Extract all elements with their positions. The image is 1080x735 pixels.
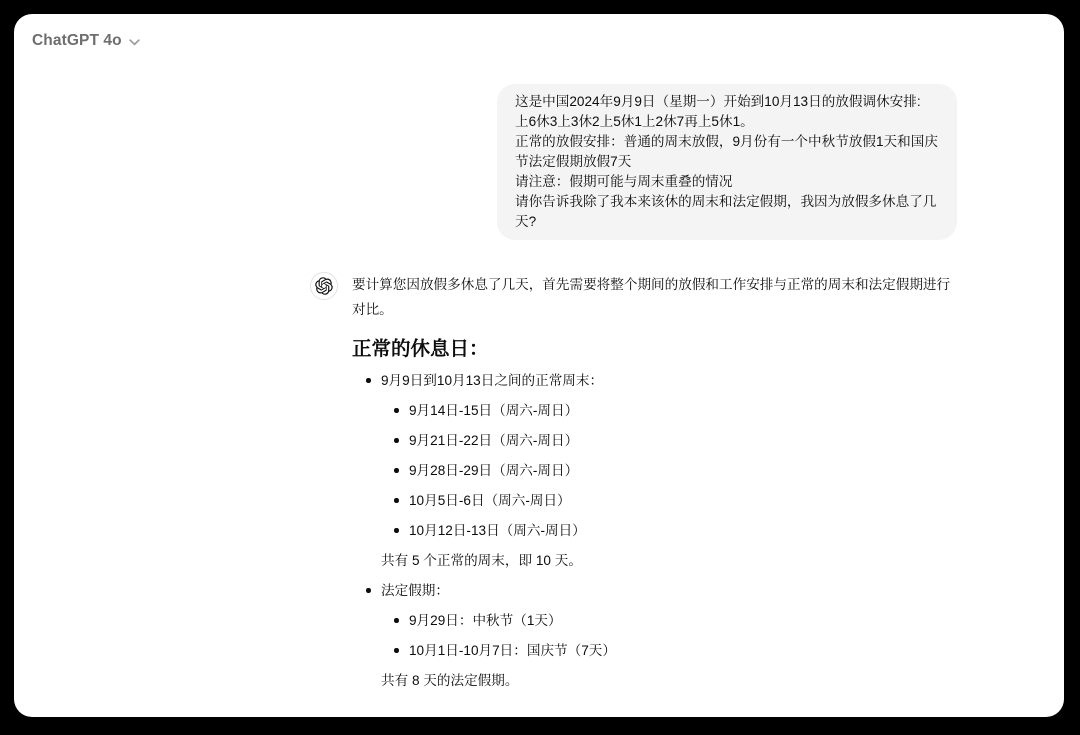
holiday-date-item: 9月29日：中秋节（1天） — [409, 608, 954, 633]
model-label: ChatGPT 4o — [32, 32, 122, 50]
assistant-intro: 要计算您因放假多休息了几天，首先需要将整个期间的放假和工作安排与正常的周末和法定… — [352, 272, 954, 322]
user-message-bubble: 这是中国2024年9月9日（星期一）开始到10月13日的放假调休安排: 上6休3… — [497, 84, 957, 240]
holidays-label: 法定假期： — [381, 578, 954, 603]
weekends-list-item: 9月9日到10月13日之间的正常周末： 9月14日-15日（周六-周日）9月21… — [381, 368, 954, 573]
weekend-date-item: 9月21日-22日（周六-周日） — [409, 428, 954, 453]
rest-days-list: 9月9日到10月13日之间的正常周末： 9月14日-15日（周六-周日）9月21… — [352, 368, 954, 693]
weekend-dates-list: 9月14日-15日（周六-周日）9月21日-22日（周六-周日）9月28日-29… — [381, 398, 954, 543]
assistant-message: 要计算您因放假多休息了几天，首先需要将整个期间的放假和工作安排与正常的周末和法定… — [310, 272, 958, 698]
chevron-down-icon — [129, 39, 140, 46]
openai-logo-icon — [315, 277, 333, 295]
holidays-note: 共有 8 天的法定假期。 — [381, 668, 954, 693]
holiday-dates-list: 9月29日：中秋节（1天）10月1日-10月7日：国庆节（7天） — [381, 608, 954, 663]
assistant-message-body: 要计算您因放假多休息了几天，首先需要将整个期间的放假和工作安排与正常的周末和法定… — [352, 272, 954, 693]
weekend-date-item: 9月14日-15日（周六-周日） — [409, 398, 954, 423]
chat-header: ChatGPT 4o — [14, 14, 1064, 66]
model-switcher[interactable]: ChatGPT 4o — [32, 28, 146, 54]
weekends-note: 共有 5 个正常的周末，即 10 天。 — [381, 548, 954, 573]
weekends-label: 9月9日到10月13日之间的正常周末： — [381, 368, 954, 393]
assistant-avatar — [310, 272, 338, 300]
user-message-text: 这是中国2024年9月9日（星期一）开始到10月13日的放假调休安排: 上6休3… — [515, 92, 939, 232]
section-heading: 正常的休息日： — [352, 336, 954, 362]
weekend-date-item: 9月28日-29日（周六-周日） — [409, 458, 954, 483]
chat-window: ChatGPT 4o 这是中国2024年9月9日（星期一）开始到10月13日的放… — [14, 14, 1064, 717]
weekend-date-item: 10月5日-6日（周六-周日） — [409, 488, 954, 513]
weekend-date-item: 10月12日-13日（周六-周日） — [409, 518, 954, 543]
holiday-date-item: 10月1日-10月7日：国庆节（7天） — [409, 638, 954, 663]
holidays-list-item: 法定假期： 9月29日：中秋节（1天）10月1日-10月7日：国庆节（7天） 共… — [381, 578, 954, 693]
